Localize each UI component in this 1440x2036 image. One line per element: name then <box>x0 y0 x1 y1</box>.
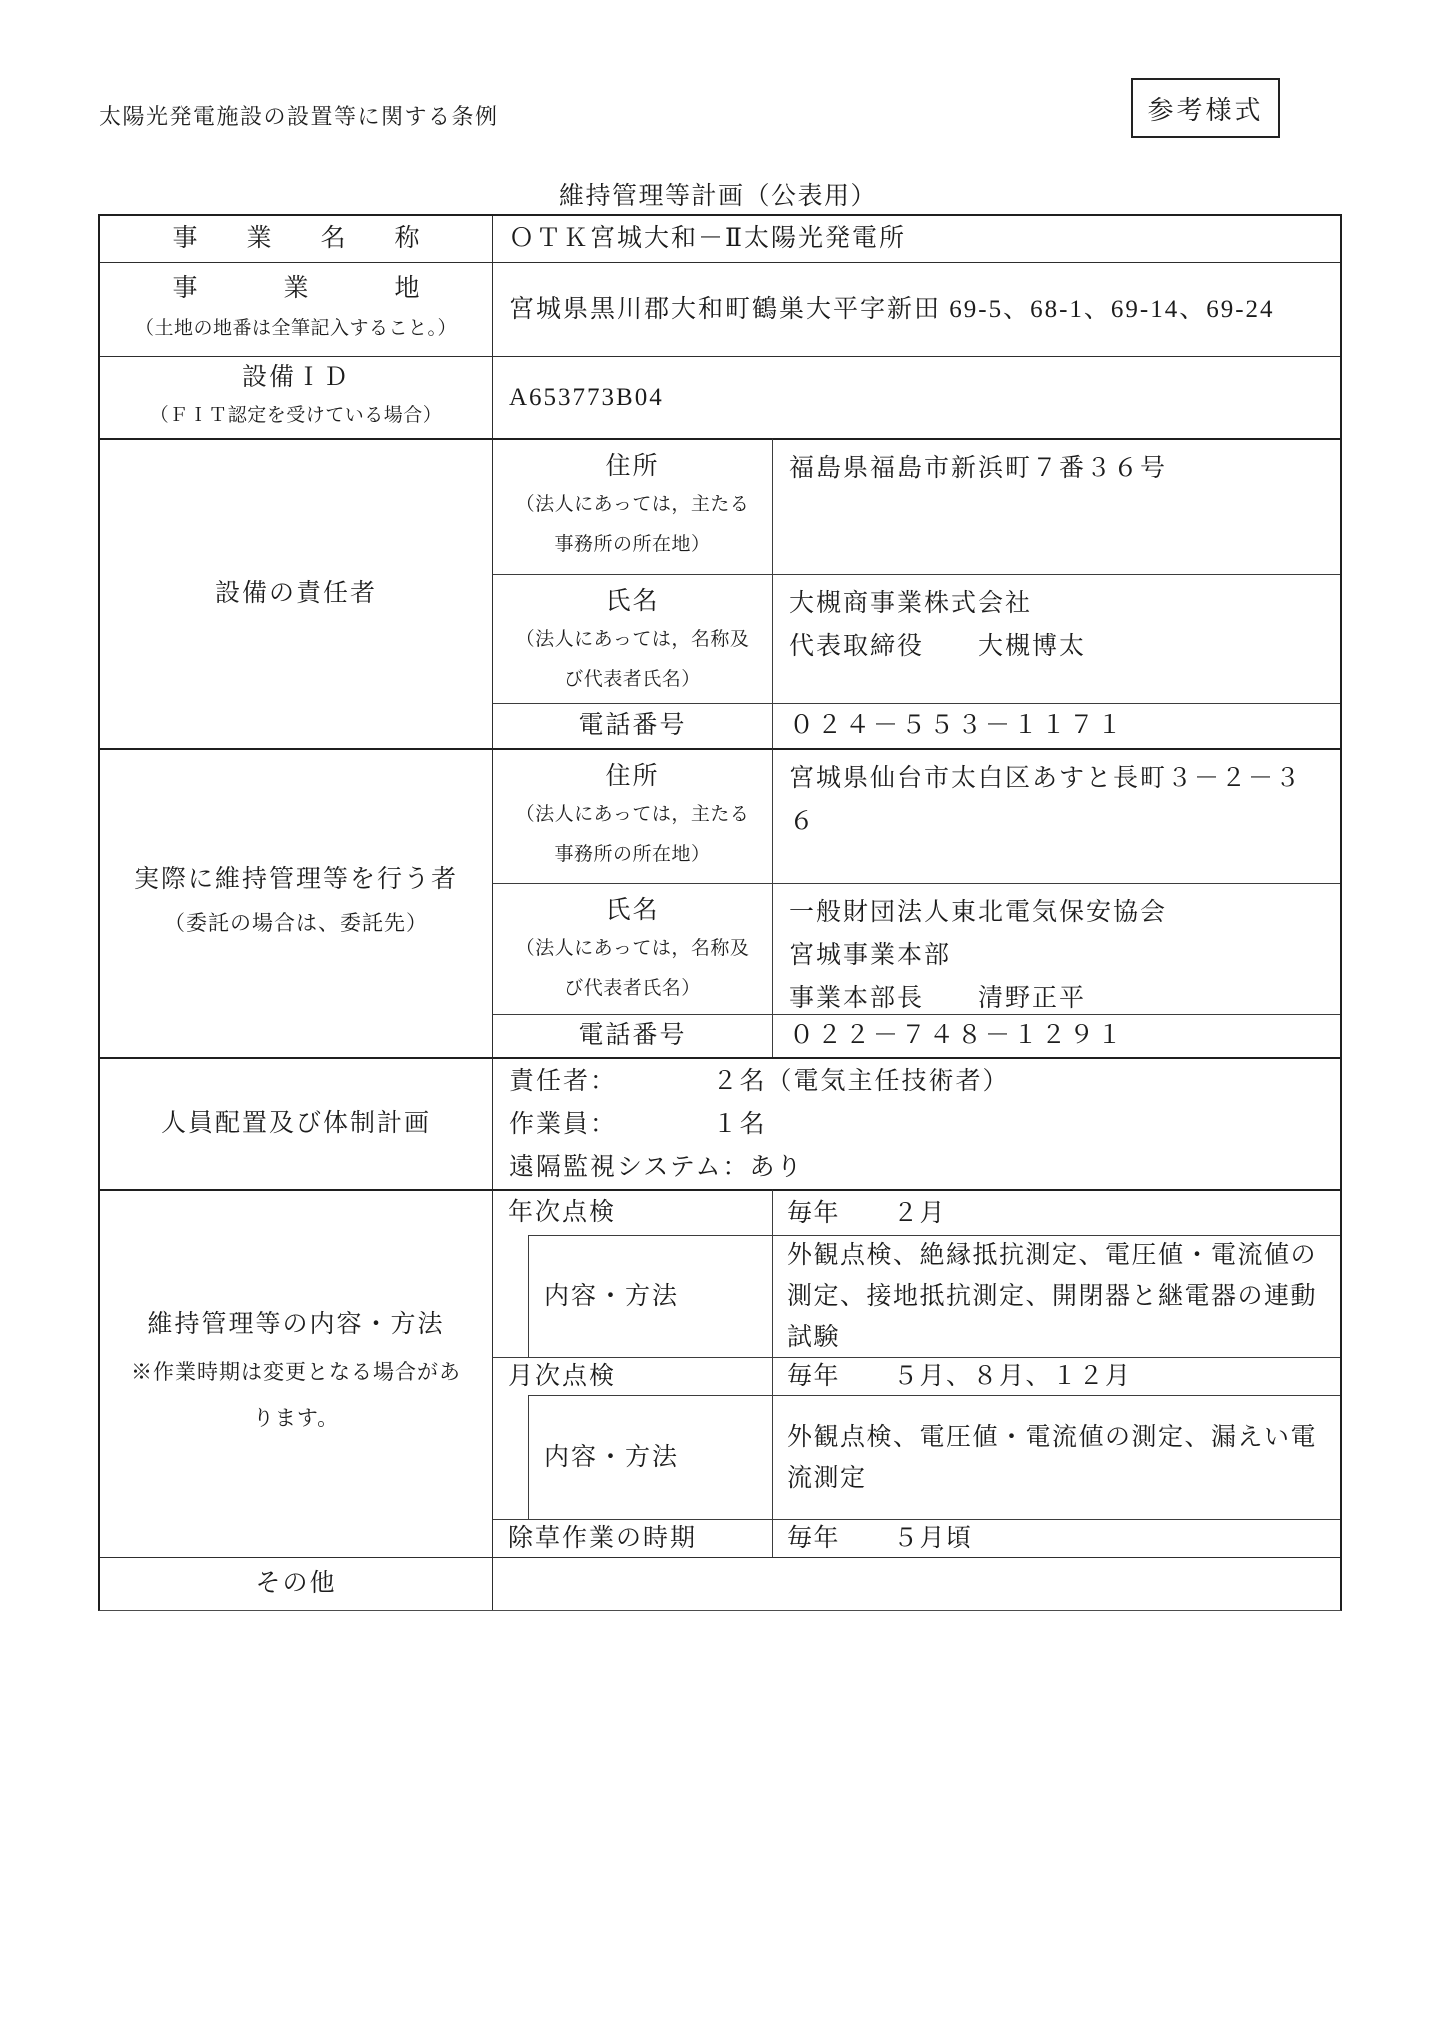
staffing-plan-label: 人員配置及び体制計画 <box>161 1106 431 1142</box>
facility-id-label: 設備ＩＤ <box>242 360 350 396</box>
manager-address-label: 住所 <box>605 449 659 485</box>
contractor-address-value-cell: 宮城県仙台市太白区あすと長町３－２－３６ <box>772 748 1340 883</box>
weeding-label-cell: 除草作業の時期 <box>492 1519 772 1557</box>
other-value-cell <box>492 1557 1340 1610</box>
document-page: 太陽光発電施設の設置等に関する条例 参考様式 維持管理等計画（公表用） 事 業 … <box>0 0 1440 2036</box>
monthly-inspection-label-cell: 月次点検 <box>492 1357 772 1395</box>
manager-address-value-cell: 福島県福島市新浜町７番３６号 <box>772 438 1340 574</box>
staffing-plan-label-cell: 人員配置及び体制計画 <box>100 1057 492 1189</box>
contractor-phone-value: ０２２－７４８－１２９１ <box>789 1015 1125 1057</box>
business-site-note: （土地の地番は全筆記入すること。） <box>135 309 457 349</box>
contractor-phone-label: 電話番号 <box>578 1018 686 1054</box>
reference-format-box: 参考様式 <box>1131 78 1280 138</box>
business-name-label-cell: 事 業 名 称 <box>100 216 492 262</box>
manager-phone-label: 電話番号 <box>578 708 686 744</box>
contractor-name-note: （法人にあっては，名称及 び代表者氏名） <box>516 929 750 1009</box>
annual-inspection-value: 毎年 ２月 <box>787 1193 946 1234</box>
contractor-note: （委託の場合は、委託先） <box>164 900 428 946</box>
reference-format-label: 参考様式 <box>1147 90 1263 127</box>
weeding-value-cell: 毎年 ５月頃 <box>772 1519 1340 1557</box>
business-site-value: 宮城県黒川郡大和町鶴巣大平字新田 69-5、68-1、69-14、69-24 <box>509 289 1275 331</box>
facility-manager-label: 設備の責任者 <box>215 576 377 612</box>
manager-name-value: 大槻商事業株式会社 代表取締役 大槻博太 <box>789 582 1086 668</box>
contractor-name-value: 一般財団法人東北電気保安協会 宮城事業本部 事業本部長 清野正平 <box>789 891 1167 1020</box>
contractor-phone-label-cell: 電話番号 <box>492 1014 772 1057</box>
annual-inspection-label-cell: 年次点検 <box>492 1189 772 1235</box>
monthly-method-value: 外観点検、電圧値・電流値の測定、漏えい電 流測定 <box>787 1417 1317 1499</box>
monthly-method-value-cell: 外観点検、電圧値・電流値の測定、漏えい電 流測定 <box>772 1395 1340 1519</box>
contractor-phone-value-cell: ０２２－７４８－１２９１ <box>772 1014 1340 1057</box>
contractor-name-label: 氏名 <box>605 893 659 929</box>
contractor-name-value-cell: 一般財団法人東北電気保安協会 宮城事業本部 事業本部長 清野正平 <box>772 883 1340 1014</box>
facility-id-value-cell: A653773B04 <box>492 356 1340 438</box>
weeding-label: 除草作業の時期 <box>508 1521 697 1557</box>
manager-name-label-cell: 氏名 （法人にあっては，名称及 び代表者氏名） <box>492 574 772 703</box>
monthly-method-indent-strip <box>492 1395 528 1519</box>
facility-id-value: A653773B04 <box>509 377 664 419</box>
staffing-plan-value: 責任者： ２名（電気主任技術者） 作業員： １名 遠隔監視システム：あり <box>509 1060 1010 1189</box>
business-site-value-cell: 宮城県黒川郡大和町鶴巣大平字新田 69-5、68-1、69-14、69-24 <box>492 262 1340 356</box>
monthly-inspection-value: 毎年 ５月、８月、１２月 <box>787 1356 1132 1397</box>
monthly-inspection-label: 月次点検 <box>508 1359 616 1395</box>
manager-name-value-cell: 大槻商事業株式会社 代表取締役 大槻博太 <box>772 574 1340 703</box>
other-label-cell: その他 <box>100 1557 492 1610</box>
contractor-label: 実際に維持管理等を行う者 <box>134 862 458 898</box>
business-site-label-cell: 事 業 地 （土地の地番は全筆記入すること。） <box>100 262 492 356</box>
annual-inspection-label: 年次点検 <box>508 1195 616 1231</box>
annual-method-label: 内容・方法 <box>544 1279 679 1315</box>
monthly-method-label-cell: 内容・方法 <box>528 1395 772 1519</box>
manager-name-note: （法人にあっては，名称及 び代表者氏名） <box>516 620 750 700</box>
manager-name-label: 氏名 <box>605 584 659 620</box>
monthly-method-label: 内容・方法 <box>544 1440 679 1476</box>
manager-address-label-cell: 住所 （法人にあっては，主たる 事務所の所在地） <box>492 438 772 574</box>
document-title: 維持管理等計画（公表用） <box>98 176 1338 212</box>
manager-phone-label-cell: 電話番号 <box>492 703 772 748</box>
annual-method-label-cell: 内容・方法 <box>528 1235 772 1357</box>
facility-id-note: （ＦＩＴ認定を受けている場合） <box>150 396 443 436</box>
business-site-label: 事 業 地 <box>172 271 431 307</box>
contractor-address-value: 宮城県仙台市太白区あすと長町３－２－３６ <box>789 757 1324 843</box>
manager-phone-value: ０２４－５５３－１１７１ <box>789 705 1125 747</box>
business-name-value-cell: ＯＴＫ宮城大和－Ⅱ太陽光発電所 <box>492 216 1340 262</box>
weeding-value: 毎年 ５月頃 <box>787 1518 973 1559</box>
business-name-value: ＯＴＫ宮城大和－Ⅱ太陽光発電所 <box>509 218 906 260</box>
business-name-label: 事 業 名 称 <box>172 221 431 257</box>
other-label: その他 <box>255 1566 336 1602</box>
ordinance-title: 太陽光発電施設の設置等に関する条例 <box>99 100 499 131</box>
manager-address-value: 福島県福島市新浜町７番３６号 <box>789 447 1167 490</box>
maintenance-details-label-cell: 維持管理等の内容・方法 ※作業時期は変更となる場合があ ります。 <box>100 1189 492 1557</box>
maintenance-details-note: ※作業時期は変更となる場合があ ります。 <box>131 1349 461 1441</box>
monthly-inspection-value-cell: 毎年 ５月、８月、１２月 <box>772 1357 1340 1395</box>
annual-method-value-cell: 外観点検、絶縁抵抗測定、電圧値・電流値の 測定、接地抵抗測定、開閉器と継電器の連… <box>772 1235 1340 1357</box>
manager-address-note: （法人にあっては，主たる 事務所の所在地） <box>516 485 750 565</box>
contractor-address-label-cell: 住所 （法人にあっては，主たる 事務所の所在地） <box>492 748 772 883</box>
staffing-plan-value-cell: 責任者： ２名（電気主任技術者） 作業員： １名 遠隔監視システム：あり <box>492 1057 1340 1189</box>
maintenance-plan-table: 事 業 名 称 ＯＴＫ宮城大和－Ⅱ太陽光発電所 事 業 地 （土地の地番は全筆記… <box>98 214 1342 1611</box>
manager-phone-value-cell: ０２４－５５３－１１７１ <box>772 703 1340 748</box>
contractor-address-note: （法人にあっては，主たる 事務所の所在地） <box>516 795 750 875</box>
maintenance-details-label: 維持管理等の内容・方法 <box>147 1307 444 1343</box>
contractor-address-label: 住所 <box>605 759 659 795</box>
annual-method-indent-strip <box>492 1235 528 1357</box>
contractor-label-cell: 実際に維持管理等を行う者 （委託の場合は、委託先） <box>100 748 492 1057</box>
facility-manager-label-cell: 設備の責任者 <box>100 438 492 748</box>
annual-method-value: 外観点検、絶縁抵抗測定、電圧値・電流値の 測定、接地抵抗測定、開閉器と継電器の連… <box>787 1235 1317 1358</box>
facility-id-label-cell: 設備ＩＤ （ＦＩＴ認定を受けている場合） <box>100 356 492 438</box>
annual-inspection-value-cell: 毎年 ２月 <box>772 1189 1340 1235</box>
contractor-name-label-cell: 氏名 （法人にあっては，名称及 び代表者氏名） <box>492 883 772 1014</box>
